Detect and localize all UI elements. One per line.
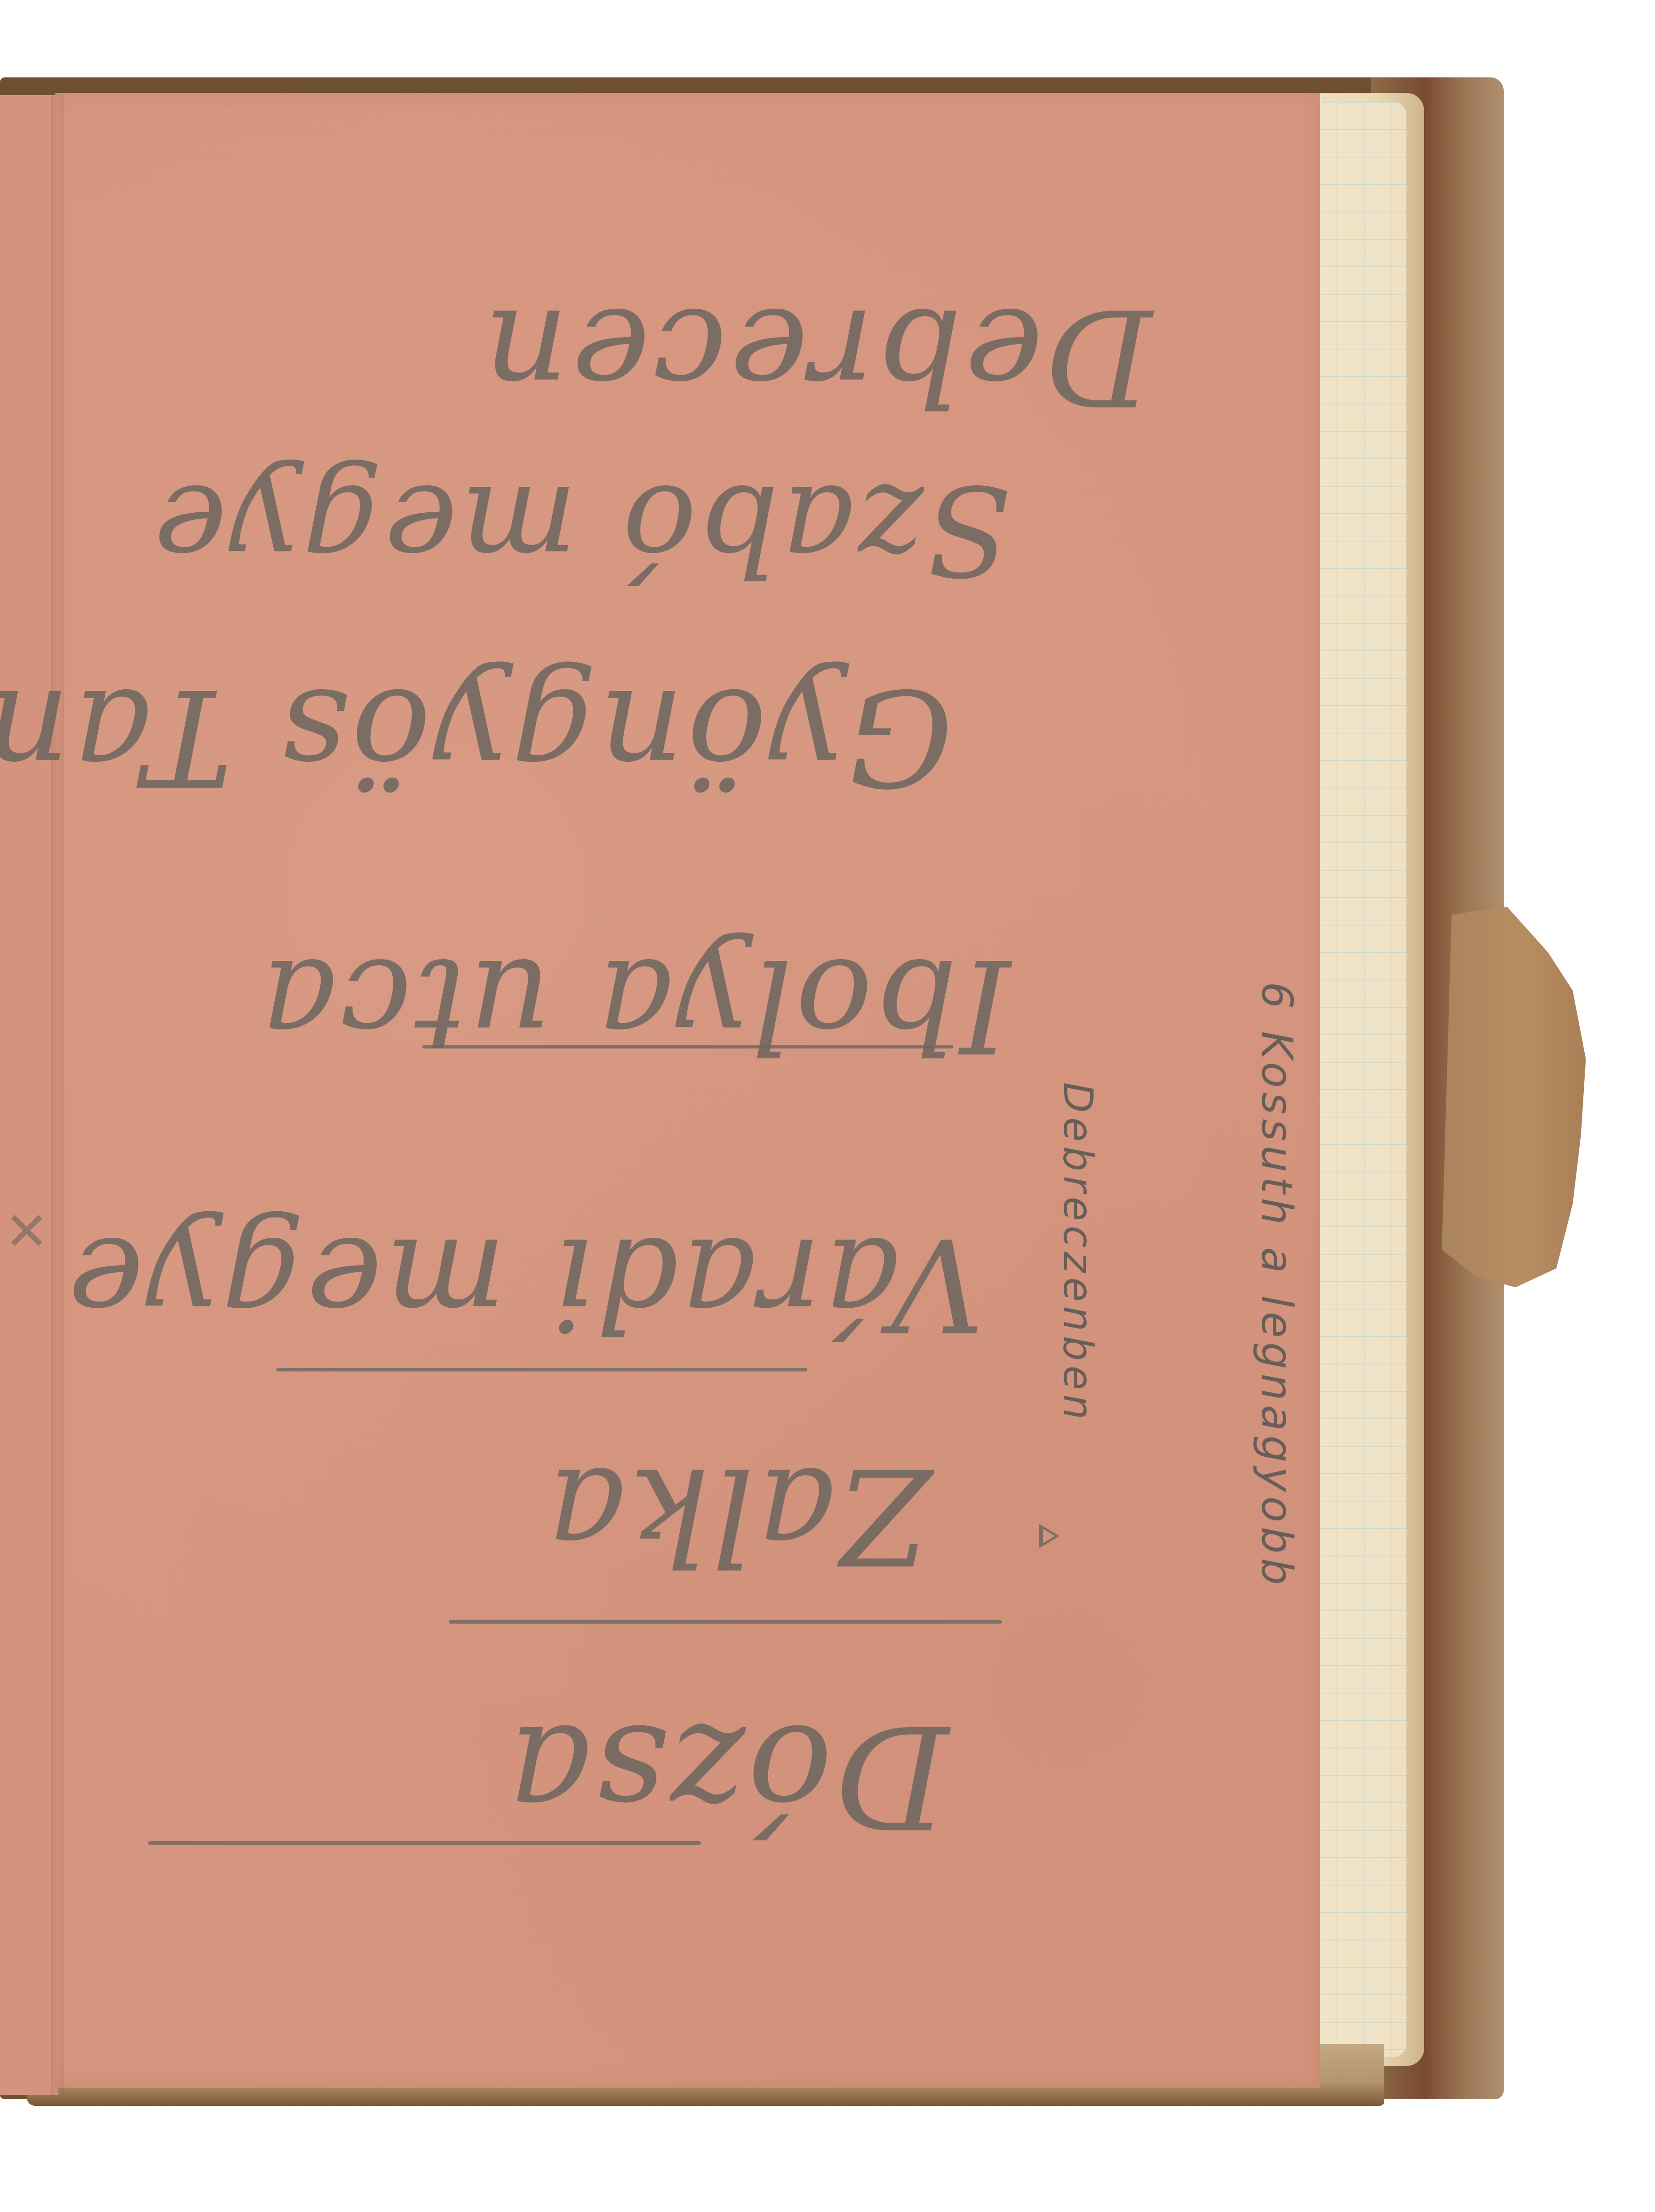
underline (148, 1841, 701, 1845)
underline (449, 1620, 1002, 1624)
left-page-scribble: ✕ (4, 1201, 49, 1263)
grid-paper-page (1309, 102, 1406, 2057)
underline (422, 1045, 953, 1048)
handwriting-block: Debrecen Szabó megye Gyöngyös Tanya Ibol… (55, 93, 1320, 2088)
triangle-mark-icon (1039, 1524, 1059, 1548)
handwriting-line: Gyöngyös Tanya (0, 660, 953, 814)
torn-tab (1442, 907, 1605, 1287)
handwriting-line: Zalka (544, 1438, 931, 1593)
underline (276, 1368, 807, 1371)
handwriting-line: Debrecen (481, 279, 1152, 434)
handwriting-line: Váradi megye (65, 1209, 984, 1358)
handwriting-line: Dózsa (505, 1694, 949, 1858)
handwriting-line: Ibolya utca (258, 930, 1011, 1079)
side-note: 6 Kossuth a legnagyobb (1252, 982, 1302, 1590)
handwriting-line: Szabó megye (151, 457, 1011, 602)
left-page: ✕ (0, 95, 59, 2095)
side-note-2: Debreczenben (1054, 1082, 1101, 1424)
